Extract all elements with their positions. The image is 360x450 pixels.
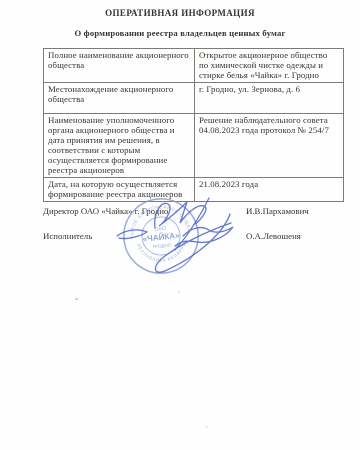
table-row: Полное наименование акционерного обществ… [44, 49, 344, 83]
table-cell-value: Решение наблюдательного совета 04.08.202… [195, 114, 344, 178]
table-cell-label: Полное наименование акционерного обществ… [44, 49, 195, 83]
document-subtitle: О формировании реестра владельцев ценных… [0, 28, 360, 38]
executor-signature-scribble [117, 230, 147, 239]
table-row: Наименование уполномоченного органа акци… [44, 114, 344, 178]
table-cell-value: г. Гродно, ул. Зернова, д. 6 [195, 83, 344, 114]
table-cell-label: Наименование уполномоченного органа акци… [44, 114, 195, 178]
signature-role: Исполнитель [43, 231, 92, 241]
director-signature-stroke [155, 202, 206, 228]
scan-speck [178, 291, 180, 293]
table-cell-label: Местонахождение акционерного общества [44, 83, 195, 114]
scan-speck [206, 426, 208, 428]
signature-name: И.В.Пархамович [246, 206, 309, 216]
info-table: Полное наименование акционерного обществ… [43, 48, 344, 202]
scanned-document-page: ОПЕРАТИВНАЯ ИНФОРМАЦИЯ О формировании ре… [0, 0, 360, 450]
executor-signature-stroke [175, 227, 233, 246]
handwritten-signatures [105, 188, 255, 288]
table-cell-value: Открытое акционерное общество по химичес… [195, 49, 344, 83]
director-signature-flourish [155, 214, 231, 272]
document-title: ОПЕРАТИВНАЯ ИНФОРМАЦИЯ [0, 8, 360, 18]
table-row: Местонахождение акционерного общества г.… [44, 83, 344, 114]
scan-speck [75, 298, 78, 300]
